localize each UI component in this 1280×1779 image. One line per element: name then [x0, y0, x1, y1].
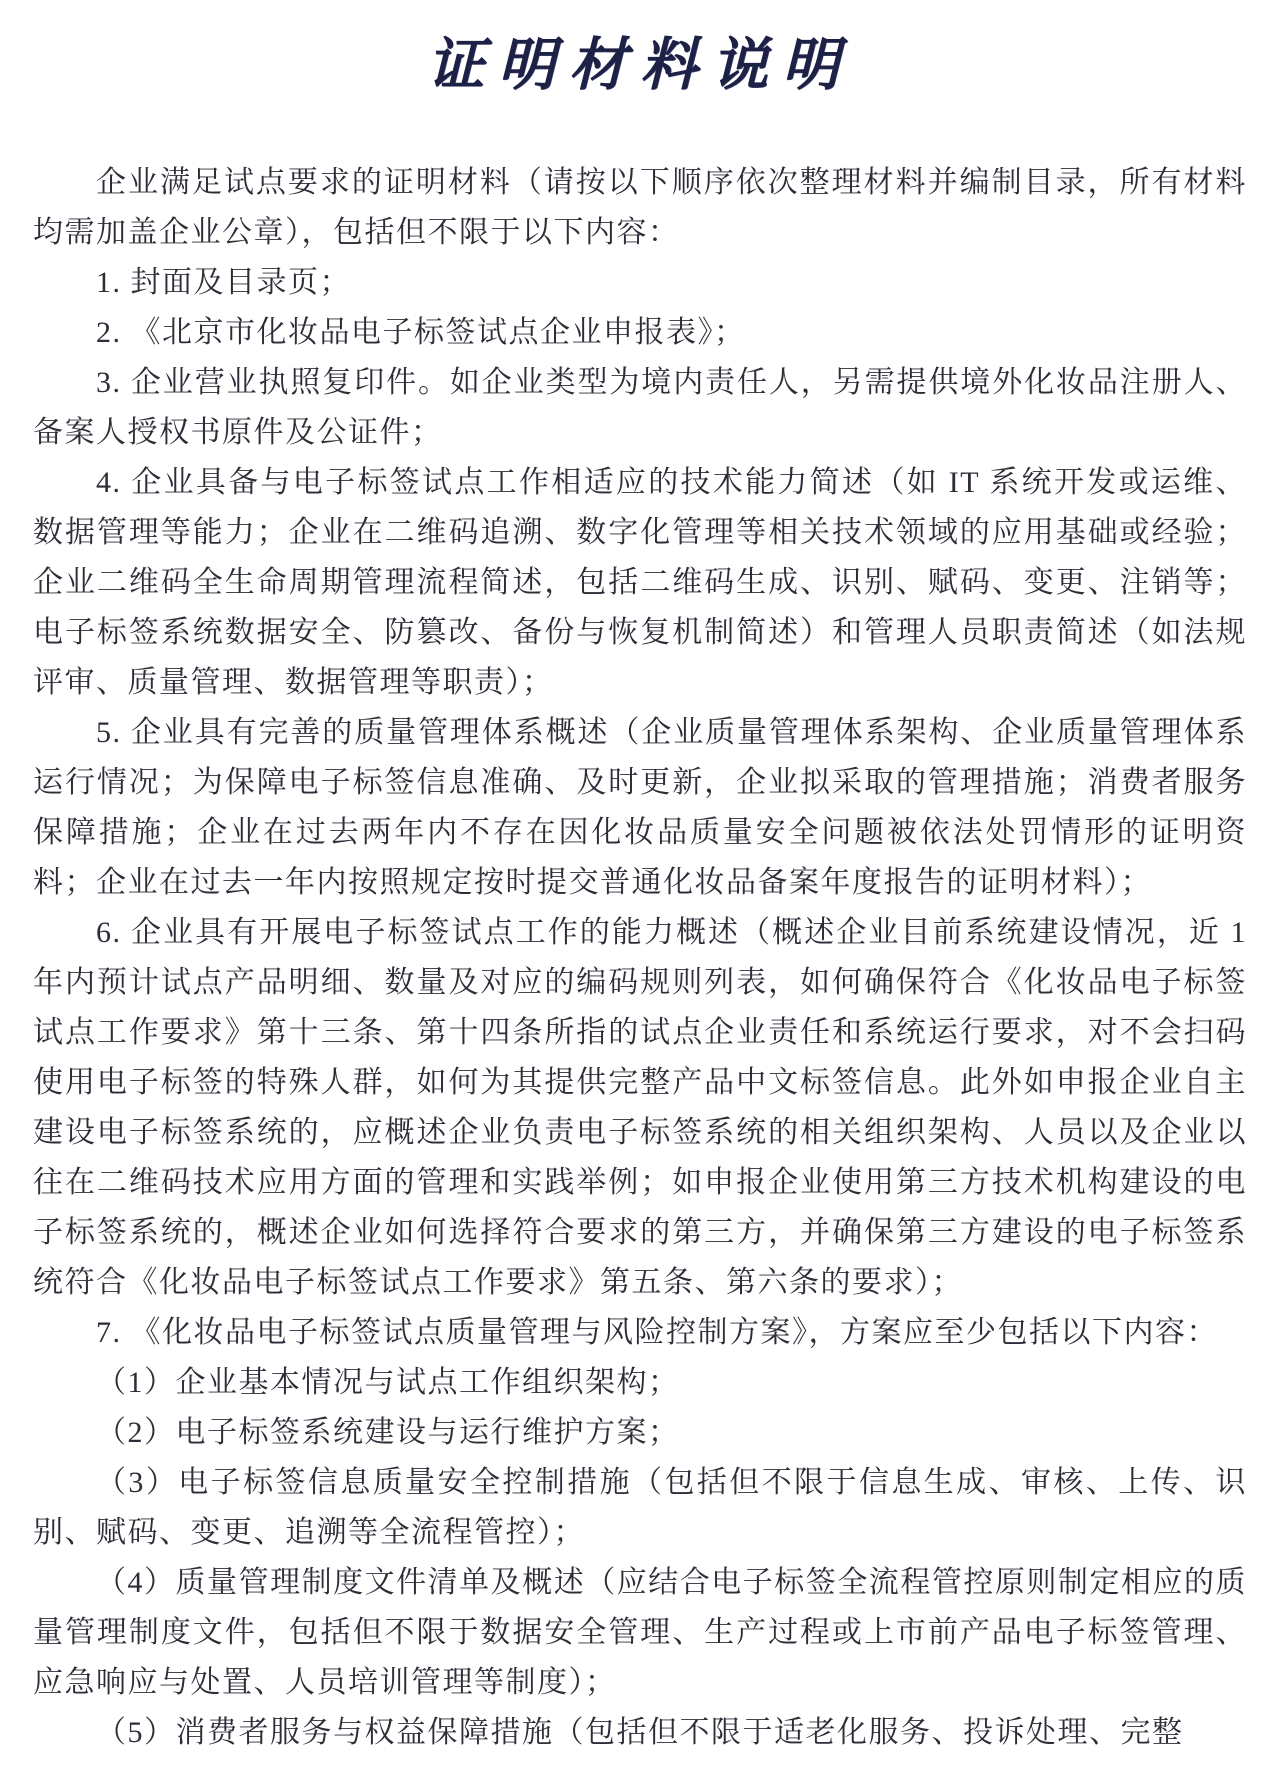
- item-6: 6. 企业具有开展电子标签试点工作的能力概述（概述企业目前系统建设情况，近 1 …: [33, 908, 1247, 1308]
- item-2: 2. 《北京市化妆品电子标签试点企业申报表》；: [33, 308, 1247, 358]
- subitem-3: （3）电子标签信息质量安全控制措施（包括但不限于信息生成、审核、上传、识别、赋码…: [33, 1458, 1247, 1558]
- document-page: 证明材料说明 企业满足试点要求的证明材料（请按以下顺序依次整理材料并编制目录，所…: [0, 0, 1280, 1779]
- intro-paragraph: 企业满足试点要求的证明材料（请按以下顺序依次整理材料并编制目录，所有材料均需加盖…: [33, 158, 1247, 258]
- item-3: 3. 企业营业执照复印件。如企业类型为境内责任人，另需提供境外化妆品注册人、备案…: [33, 358, 1247, 458]
- item-7: 7. 《化妆品电子标签试点质量管理与风险控制方案》，方案应至少包括以下内容：: [33, 1308, 1247, 1358]
- page-title: 证明材料说明: [33, 26, 1247, 98]
- subitem-1: （1）企业基本情况与试点工作组织架构；: [33, 1358, 1247, 1408]
- item-1: 1. 封面及目录页；: [33, 258, 1247, 308]
- item-5: 5. 企业具有完善的质量管理体系概述（企业质量管理体系架构、企业质量管理体系运行…: [33, 708, 1247, 908]
- document-body: 企业满足试点要求的证明材料（请按以下顺序依次整理材料并编制目录，所有材料均需加盖…: [33, 158, 1247, 1758]
- subitem-4: （4）质量管理制度文件清单及概述（应结合电子标签全流程管控原则制定相应的质量管理…: [33, 1558, 1247, 1708]
- subitem-5: （5）消费者服务与权益保障措施（包括但不限于适老化服务、投诉处理、完整: [33, 1708, 1247, 1758]
- item-4: 4. 企业具备与电子标签试点工作相适应的技术能力简述（如 IT 系统开发或运维、…: [33, 458, 1247, 708]
- subitem-2: （2）电子标签系统建设与运行维护方案；: [33, 1408, 1247, 1458]
